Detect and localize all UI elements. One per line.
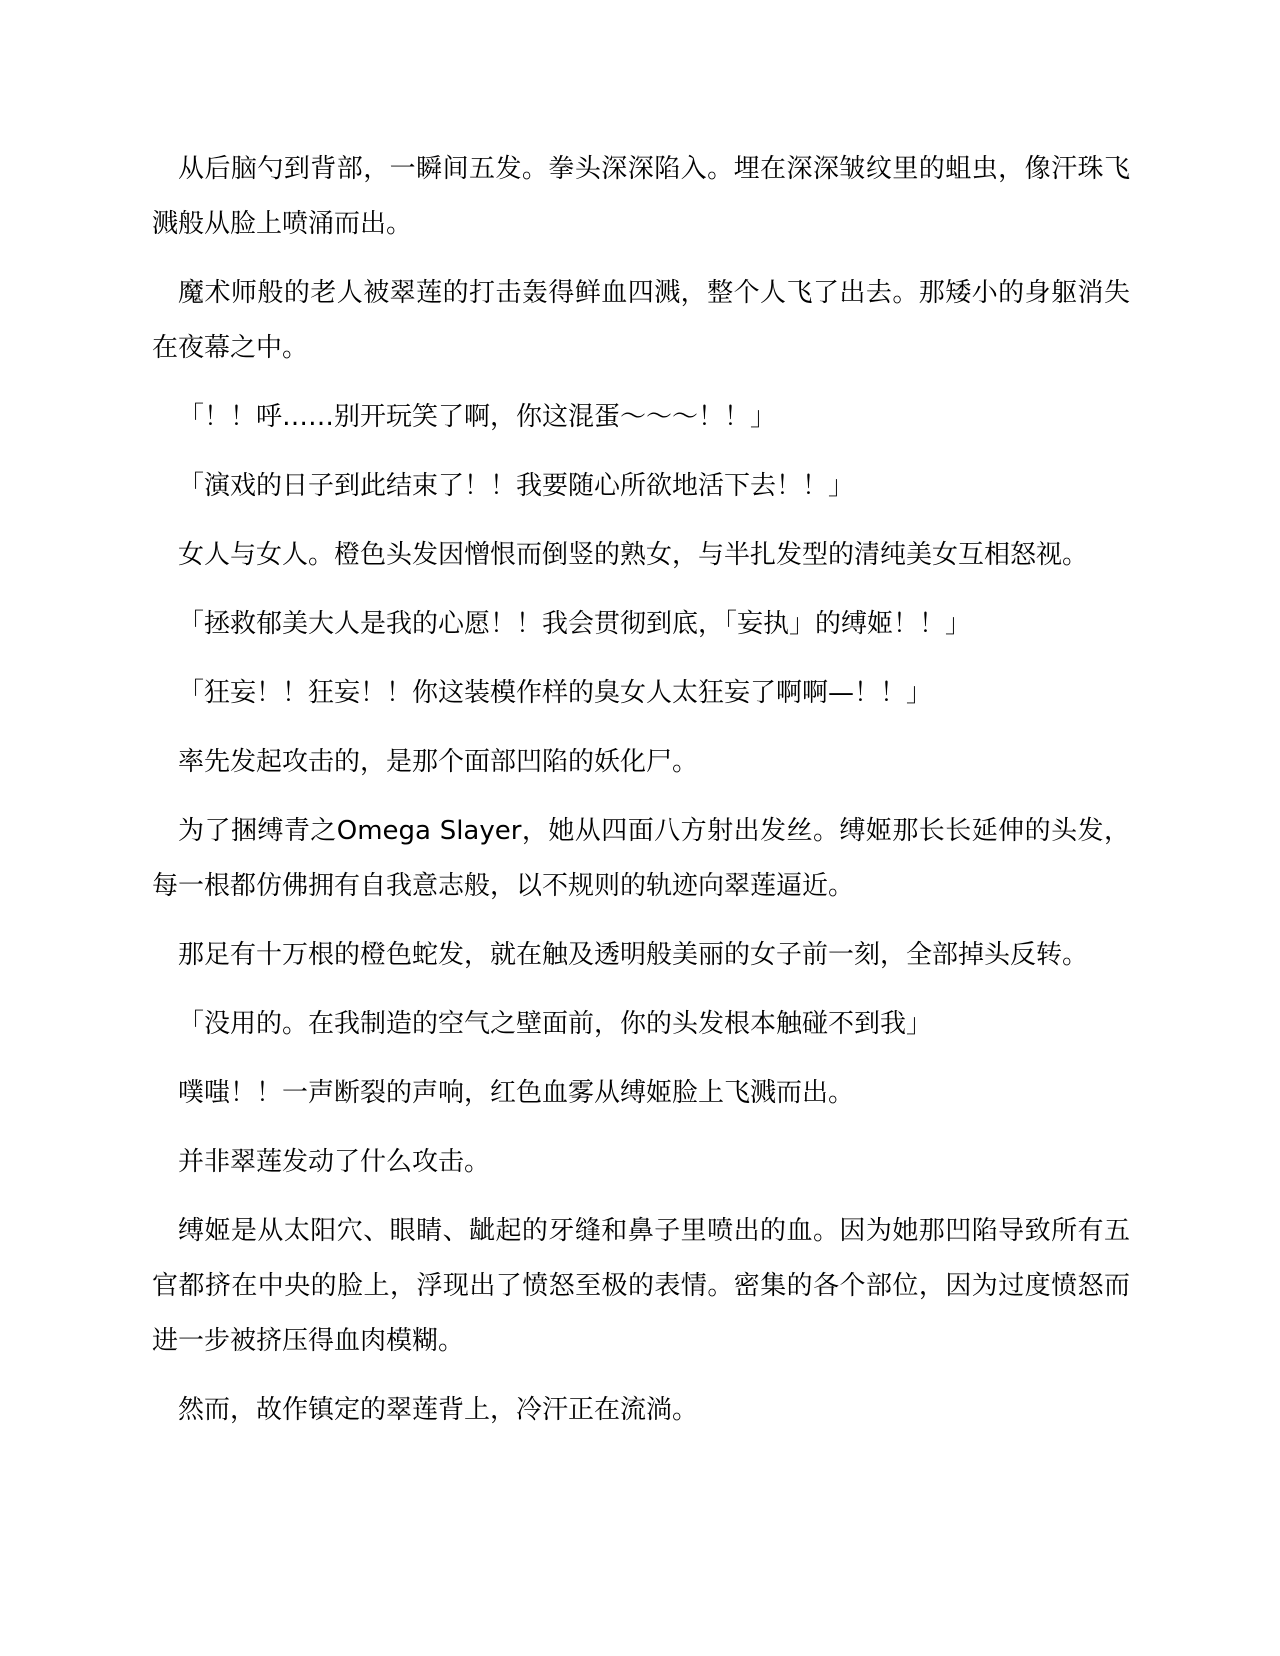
paragraph: 率先发起攻击的，是那个面部凹陷的妖化尸。 <box>152 735 1130 790</box>
paragraph: 为了捆缚青之Omega Slayer，她从四面八方射出发丝。缚姬那长长延伸的头发… <box>152 804 1130 914</box>
paragraph: 并非翠莲发动了什么攻击。 <box>152 1135 1130 1190</box>
paragraph: 那足有十万根的橙色蛇发，就在触及透明般美丽的女子前一刻，全部掉头反转。 <box>152 928 1130 983</box>
paragraph-dialogue: 「演戏的日子到此结束了！！我要随心所欲地活下去！！」 <box>152 459 1130 514</box>
paragraph-dialogue: 「狂妄！！狂妄！！你这装模作样的臭女人太狂妄了啊啊—！！」 <box>152 666 1130 721</box>
paragraph-dialogue: 「拯救郁美大人是我的心愿！！我会贯彻到底，「妄执」的缚姬！！」 <box>152 597 1130 652</box>
paragraph: 噗嗤！！一声断裂的声响，红色血雾从缚姬脸上飞溅而出。 <box>152 1066 1130 1121</box>
novel-text-page: 从后脑勺到背部，一瞬间五发。拳头深深陷入。埋在深深皱纹里的蛆虫，像汗珠飞溅般从脸… <box>0 0 1280 1656</box>
paragraph: 从后脑勺到背部，一瞬间五发。拳头深深陷入。埋在深深皱纹里的蛆虫，像汗珠飞溅般从脸… <box>152 142 1130 252</box>
paragraph: 女人与女人。橙色头发因憎恨而倒竖的熟女，与半扎发型的清纯美女互相怒视。 <box>152 528 1130 583</box>
paragraph: 缚姬是从太阳穴、眼睛、龇起的牙缝和鼻子里喷出的血。因为她那凹陷导致所有五官都挤在… <box>152 1204 1130 1369</box>
paragraph: 魔术师般的老人被翠莲的打击轰得鲜血四溅，整个人飞了出去。那矮小的身躯消失在夜幕之… <box>152 266 1130 376</box>
paragraph-dialogue: 「！！呼……别开玩笑了啊，你这混蛋～～～！！」 <box>152 390 1130 445</box>
paragraph-dialogue: 「没用的。在我制造的空气之壁面前，你的头发根本触碰不到我」 <box>152 997 1130 1052</box>
paragraph: 然而，故作镇定的翠莲背上，冷汗正在流淌。 <box>152 1383 1130 1438</box>
